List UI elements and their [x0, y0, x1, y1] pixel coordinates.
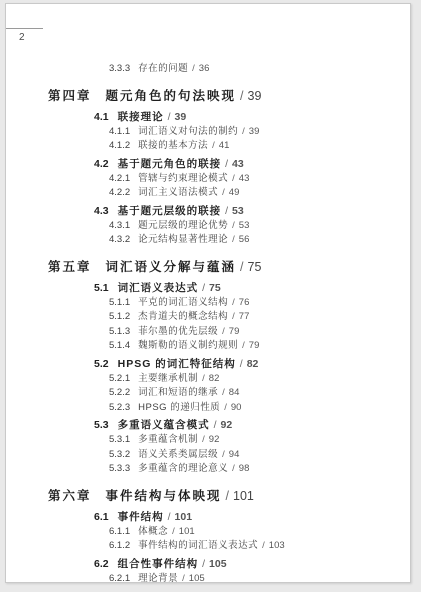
toc-entry: 第四章题元角色的句法映现/39: [6, 87, 410, 105]
header-rule: [6, 28, 43, 29]
toc-entry: 5.3.1多重蕴含机制/92: [6, 433, 410, 448]
toc-entry-number: 5.2: [94, 358, 109, 370]
toc-entry-title: 基于题元角色的联接: [118, 158, 222, 170]
toc-entry-number: 5.1.3: [109, 326, 130, 337]
toc-entry: 5.3.3多重蕴含的理论意义/98: [6, 462, 410, 477]
toc-entry-page: 39: [249, 126, 260, 137]
toc-entry-title: 基于题元层级的联接: [118, 205, 222, 217]
table-of-contents: 3.3.3存在的问题/36第四章题元角色的句法映现/394.1联接理论/394.…: [6, 62, 410, 586]
toc-entry: 4.3基于题元层级的联接/53: [6, 203, 410, 219]
toc-entry: 5.2.2词汇和短语的继承/84: [6, 386, 410, 401]
toc-entry-title: 多重语义蕴含模式: [118, 419, 210, 431]
toc-entry-page: 56: [239, 234, 250, 245]
toc-entry: 4.1联接理论/39: [6, 109, 410, 125]
toc-entry-title: 论元结构显著性理论: [138, 234, 228, 245]
toc-entry: 5.2HPSG 的词汇特征结构/82: [6, 356, 410, 372]
toc-entry-page: 39: [248, 89, 262, 103]
toc-entry-separator: /: [202, 558, 205, 570]
toc-entry-separator: /: [242, 126, 245, 137]
toc-entry-page: 105: [189, 573, 205, 584]
toc-entry-title: 词汇主义语法模式: [138, 187, 218, 198]
toc-entry-title: HPSG 的词汇特征结构: [118, 358, 236, 370]
page-number: 2: [19, 32, 25, 43]
toc-entry-title: 词汇语义表达式: [118, 282, 199, 294]
toc-entry-title: 事件结构的词汇语义表达式: [138, 540, 258, 551]
toc-entry-separator: /: [222, 326, 225, 337]
toc-entry-page: 84: [229, 387, 240, 398]
toc-entry-number: 5.2.1: [109, 373, 130, 384]
toc-entry: 4.2.2词汇主义语法模式/49: [6, 186, 410, 201]
toc-entry: 5.2.3HPSG 的递归性质/90: [6, 401, 410, 416]
toc-entry: 6.1事件结构/101: [6, 509, 410, 525]
toc-entry-number: 5.3.2: [109, 449, 130, 460]
toc-entry: 3.3.3存在的问题/36: [6, 62, 410, 77]
toc-entry-title: 词汇语义分解与蕴涵: [106, 260, 237, 274]
toc-entry-page: 53: [232, 205, 244, 217]
toc-entry-page: 39: [175, 111, 187, 123]
toc-entry-separator: /: [225, 205, 228, 217]
toc-entry-title: 主要继承机制: [138, 373, 198, 384]
toc-entry-number: 4.2: [94, 158, 109, 170]
toc-entry-title: 词汇和短语的继承: [138, 387, 218, 398]
toc-entry-separator: /: [240, 89, 243, 103]
toc-entry-page: 101: [233, 489, 254, 503]
toc-entry: 5.1.2杰肯道夫的概念结构/77: [6, 310, 410, 325]
toc-entry-separator: /: [192, 63, 195, 74]
toc-entry-separator: /: [214, 419, 217, 431]
toc-entry-separator: /: [172, 526, 175, 537]
toc-entry-title: 体概念: [138, 526, 168, 537]
toc-entry-separator: /: [240, 358, 243, 370]
toc-entry-title: 菲尔墨的优先层级: [138, 326, 218, 337]
toc-entry-page: 92: [209, 434, 220, 445]
toc-entry-separator: /: [225, 158, 228, 170]
toc-entry-number: 5.1: [94, 282, 109, 294]
toc-entry-page: 79: [249, 340, 260, 351]
toc-entry-number: 5.1.2: [109, 311, 130, 322]
toc-entry: 6.1.1体概念/101: [6, 525, 410, 540]
toc-entry: 5.1.3菲尔墨的优先层级/79: [6, 325, 410, 340]
toc-entry-title: 联接理论: [118, 111, 164, 123]
toc-entry-page: 76: [239, 297, 250, 308]
toc-entry-separator: /: [232, 297, 235, 308]
book-page: 2 3.3.3存在的问题/36第四章题元角色的句法映现/394.1联接理论/39…: [5, 3, 411, 583]
toc-entry-separator: /: [168, 511, 171, 523]
toc-entry: 4.1.2联接的基本方法/41: [6, 139, 410, 154]
toc-entry: 6.2组合性事件结构/105: [6, 556, 410, 572]
toc-entry-page: 90: [231, 402, 242, 413]
toc-entry-number: 4.3.1: [109, 220, 130, 231]
toc-entry-title: 杰肯道夫的概念结构: [138, 311, 228, 322]
toc-entry-page: 101: [179, 526, 195, 537]
toc-entry: 5.1.1平克的词汇语义结构/76: [6, 296, 410, 311]
toc-entry-title: 词汇语义对句法的制约: [138, 126, 238, 137]
toc-entry: 5.2.1主要继承机制/82: [6, 372, 410, 387]
toc-entry-title: 联接的基本方法: [138, 140, 208, 151]
toc-entry-page: 41: [219, 140, 230, 151]
toc-entry-title: 平克的词汇语义结构: [138, 297, 228, 308]
toc-entry-number: 6.2: [94, 558, 109, 570]
toc-entry: 6.1.2事件结构的词汇语义表达式/103: [6, 539, 410, 554]
toc-entry-page: 53: [239, 220, 250, 231]
toc-entry-page: 105: [209, 558, 227, 570]
toc-entry-page: 43: [239, 173, 250, 184]
toc-entry-number: 5.2.2: [109, 387, 130, 398]
toc-entry-separator: /: [202, 373, 205, 384]
toc-entry-page: 79: [229, 326, 240, 337]
toc-entry-page: 82: [247, 358, 259, 370]
toc-entry-separator: /: [224, 402, 227, 413]
toc-entry-separator: /: [240, 260, 243, 274]
toc-entry-page: 49: [229, 187, 240, 198]
toc-entry-separator: /: [232, 173, 235, 184]
toc-entry-title: 题元角色的句法映现: [106, 89, 237, 103]
toc-entry: 第六章事件结构与体映现/101: [6, 487, 410, 505]
toc-entry: 4.1.1词汇语义对句法的制约/39: [6, 125, 410, 140]
toc-entry-separator: /: [202, 282, 205, 294]
toc-entry-page: 98: [239, 463, 250, 474]
toc-entry-number: 4.3.2: [109, 234, 130, 245]
toc-entry-separator: /: [222, 449, 225, 460]
toc-entry-number: 6.1.1: [109, 526, 130, 537]
toc-entry-number: 第五章: [48, 260, 92, 274]
toc-entry: 6.2.1理论背景/105: [6, 572, 410, 587]
toc-entry-number: 3.3.3: [109, 63, 130, 74]
toc-entry-separator: /: [202, 434, 205, 445]
toc-entry-separator: /: [168, 111, 171, 123]
toc-entry-number: 4.1.1: [109, 126, 130, 137]
toc-entry: 4.2基于题元角色的联接/43: [6, 156, 410, 172]
toc-entry-separator: /: [226, 489, 229, 503]
toc-entry-title: 存在的问题: [138, 63, 188, 74]
toc-entry-title: 多重蕴含机制: [138, 434, 198, 445]
toc-entry-number: 6.2.1: [109, 573, 130, 584]
toc-entry-separator: /: [232, 311, 235, 322]
toc-entry-separator: /: [242, 340, 245, 351]
toc-entry-title: 题元层级的理论优势: [138, 220, 228, 231]
toc-entry: 5.1词汇语义表达式/75: [6, 280, 410, 296]
toc-entry-title: HPSG 的递归性质: [138, 402, 220, 413]
toc-entry: 4.2.1管辖与约束理论模式/43: [6, 172, 410, 187]
toc-entry-number: 4.2.2: [109, 187, 130, 198]
toc-entry-page: 103: [269, 540, 285, 551]
toc-entry-title: 魏斯勒的语义制约规则: [138, 340, 238, 351]
toc-entry-number: 5.3: [94, 419, 109, 431]
toc-entry-number: 6.1.2: [109, 540, 130, 551]
toc-entry-page: 75: [209, 282, 221, 294]
toc-entry-number: 6.1: [94, 511, 109, 523]
toc-entry-separator: /: [262, 540, 265, 551]
toc-entry-page: 92: [221, 419, 233, 431]
toc-entry-number: 4.2.1: [109, 173, 130, 184]
toc-entry: 5.1.4魏斯勒的语义制约规则/79: [6, 339, 410, 354]
toc-entry-title: 多重蕴含的理论意义: [138, 463, 228, 474]
toc-entry-number: 4.3: [94, 205, 109, 217]
toc-entry-title: 语义关系类属层级: [138, 449, 218, 460]
toc-entry-separator: /: [222, 187, 225, 198]
toc-entry-title: 理论背景: [138, 573, 178, 584]
toc-entry-page: 94: [229, 449, 240, 460]
toc-entry-number: 第六章: [48, 489, 92, 503]
toc-entry-title: 管辖与约束理论模式: [138, 173, 228, 184]
toc-entry-page: 82: [209, 373, 220, 384]
toc-entry: 5.3.2语义关系类属层级/94: [6, 448, 410, 463]
toc-entry-separator: /: [212, 140, 215, 151]
toc-entry-number: 5.2.3: [109, 402, 130, 413]
toc-entry-page: 43: [232, 158, 244, 170]
toc-entry: 5.3多重语义蕴含模式/92: [6, 417, 410, 433]
toc-entry-number: 5.1.4: [109, 340, 130, 351]
toc-entry-separator: /: [232, 234, 235, 245]
toc-entry: 4.3.2论元结构显著性理论/56: [6, 233, 410, 248]
toc-entry-number: 5.3.1: [109, 434, 130, 445]
toc-entry-number: 4.1.2: [109, 140, 130, 151]
toc-entry-separator: /: [232, 463, 235, 474]
toc-entry-title: 组合性事件结构: [118, 558, 199, 570]
toc-entry-page: 77: [239, 311, 250, 322]
toc-entry-title: 事件结构与体映现: [106, 489, 222, 503]
toc-entry-title: 事件结构: [118, 511, 164, 523]
toc-entry-number: 第四章: [48, 89, 92, 103]
toc-entry-separator: /: [182, 573, 185, 584]
toc-entry-page: 75: [248, 260, 262, 274]
toc-entry-page: 36: [199, 63, 210, 74]
toc-entry-number: 5.3.3: [109, 463, 130, 474]
toc-entry: 第五章词汇语义分解与蕴涵/75: [6, 258, 410, 276]
toc-entry-number: 5.1.1: [109, 297, 130, 308]
toc-entry-separator: /: [222, 387, 225, 398]
toc-entry-separator: /: [232, 220, 235, 231]
toc-entry-number: 4.1: [94, 111, 109, 123]
toc-entry: 4.3.1题元层级的理论优势/53: [6, 219, 410, 234]
toc-entry-page: 101: [175, 511, 193, 523]
